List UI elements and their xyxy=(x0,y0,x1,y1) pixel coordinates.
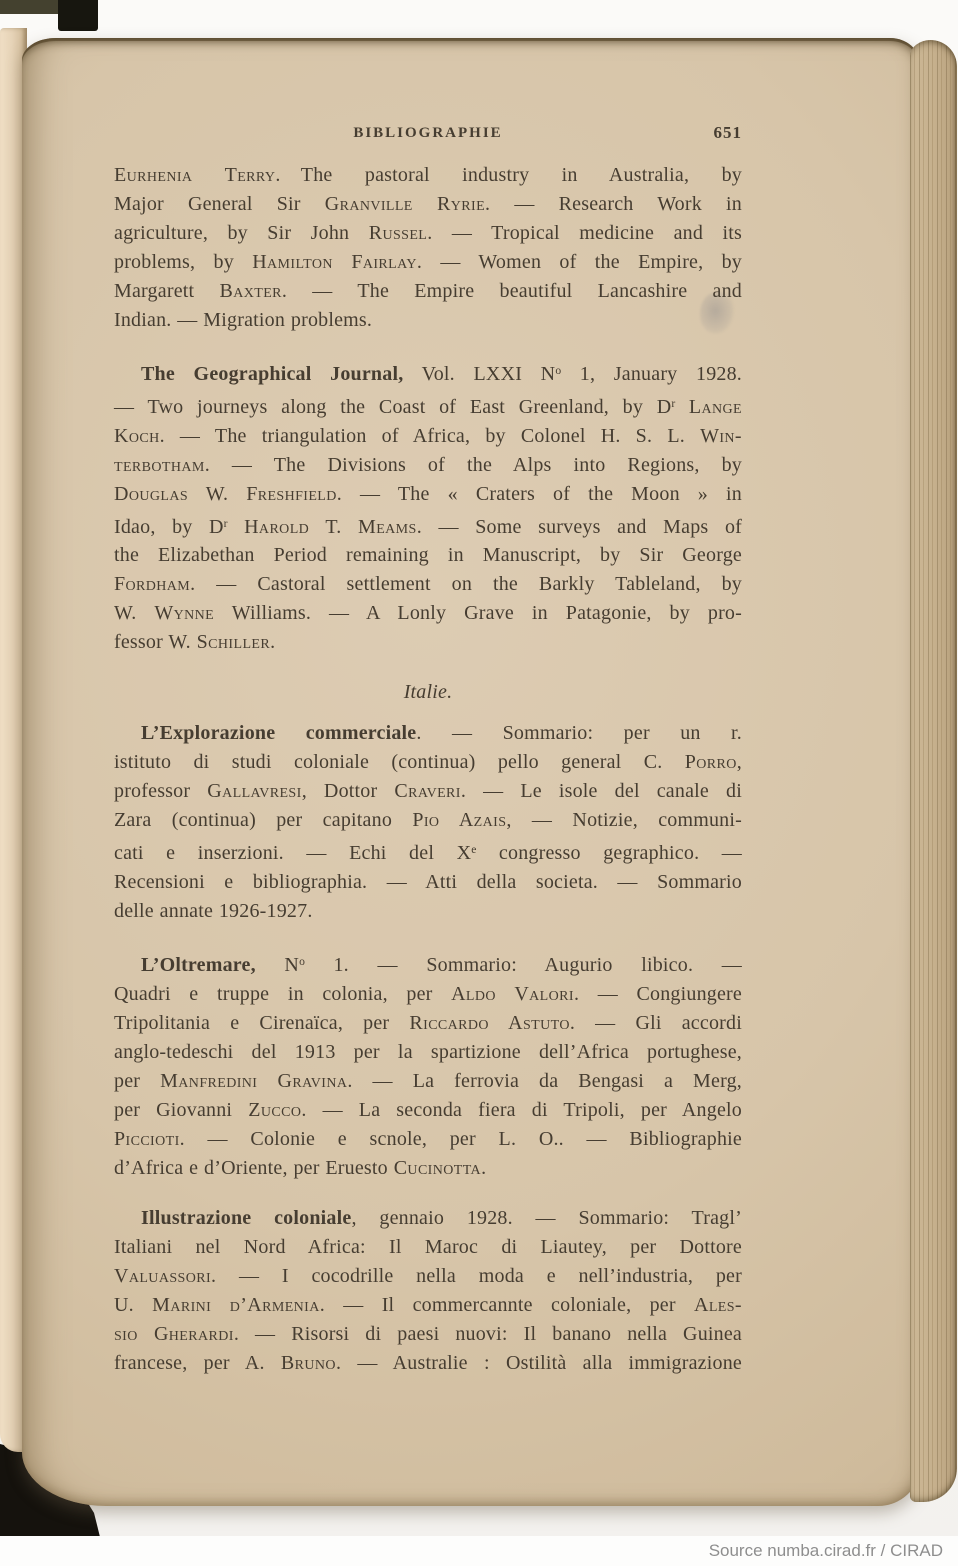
small-caps-text: Wynne xyxy=(154,602,214,624)
text-line: Eurhenia Terry. The pastoral industry in… xyxy=(114,161,742,190)
small-caps-text: Riccardo Astuto xyxy=(409,1012,569,1034)
text-line: Zara (continua) per capitano Pio Azais, … xyxy=(114,806,742,835)
text: cati e inserzioni. — Echi del X xyxy=(114,842,471,864)
small-caps-text: Schiller xyxy=(197,631,270,653)
text: istituto di studi coloniale (continua) p… xyxy=(114,751,685,773)
text-line: anglo-tedeschi del 1913 per la spartizio… xyxy=(114,1038,742,1067)
text: . — Research Work in xyxy=(485,193,742,215)
text-line: W. Wynne Williams. — A Lonly Grave in Pa… xyxy=(114,599,742,628)
small-caps-text: Koch xyxy=(114,425,160,447)
text: . xyxy=(481,1157,486,1179)
text-line: Illustrazione coloniale, gennaio 1928. —… xyxy=(114,1204,742,1233)
small-caps-text: Piccioti xyxy=(114,1128,180,1150)
text: francese, per A. xyxy=(114,1352,281,1374)
text: 1, January 1928. xyxy=(561,363,742,385)
text: , — Notizie, communi- xyxy=(506,809,742,831)
text: professor xyxy=(114,780,207,802)
small-caps-text: Win- xyxy=(700,425,742,447)
scanned-book-page: BIBLIOGRAPHIE 651 Eurhenia Terry. The pa… xyxy=(0,0,958,1566)
text-line: Fordham. — Castoral settlement on the Ba… xyxy=(114,570,742,599)
bold-text: L’Explorazione commerciale xyxy=(141,722,416,744)
text-line: The Geographical Journal, Vol. LXXI No 1… xyxy=(114,356,742,389)
text-line: cati e inserzioni. — Echi del Xe congres… xyxy=(114,835,742,868)
text: W. xyxy=(114,602,154,624)
binding-fragment xyxy=(58,0,98,31)
small-caps-text: Douglas xyxy=(114,483,188,505)
section-heading: Italie. xyxy=(114,678,742,707)
small-caps-text: sio Gherardi xyxy=(114,1323,234,1345)
text: — Two journeys along the Coast of East G… xyxy=(114,396,671,418)
text: Margarett xyxy=(114,280,220,302)
text: . — I cocodrille nella moda e nell’indus… xyxy=(211,1265,742,1287)
text: congresso gegraphico. — xyxy=(476,842,742,864)
text-line: per Giovanni Zucco. — La seconda fiera d… xyxy=(114,1096,742,1125)
paragraph: L’Explorazione commerciale. — Sommario: … xyxy=(114,719,742,926)
small-caps-text: Hamilton Fairlay xyxy=(252,251,417,273)
small-caps-text: Ales- xyxy=(694,1294,742,1316)
small-caps-text: Fordham xyxy=(114,573,190,595)
text: Vol. LXXI N xyxy=(403,363,555,385)
text: 1. — Sommario: Augurio libico. — xyxy=(305,954,742,976)
small-caps-text: Freshfield xyxy=(246,483,337,505)
text: d’Africa e d’Oriente, per Eruesto xyxy=(114,1157,394,1179)
text: Recensioni e bibliographia. — Atti della… xyxy=(114,871,742,893)
text-line: Idao, by Dr Harold T. Meams. — Some surv… xyxy=(114,509,742,542)
text: . — The triangulation of Africa, by Colo… xyxy=(160,425,700,447)
text-line: the Elizabethan Period remaining in Manu… xyxy=(114,541,742,570)
page-header: BIBLIOGRAPHIE 651 xyxy=(114,120,742,146)
text: . — Some surveys and Maps of xyxy=(417,515,742,537)
text xyxy=(228,515,245,537)
text: . — La seconda fiera di Tripoli, per Ang… xyxy=(301,1099,742,1121)
text: . — Colonie e scnole, per L. O.. — Bibli… xyxy=(180,1128,742,1150)
text: . — Gli accordi xyxy=(570,1012,742,1034)
text: Italiani nel Nord Africa: Il Maroc di Li… xyxy=(114,1236,742,1258)
text-line: professor Gallavresi, Dottor Craveri. — … xyxy=(114,777,742,806)
text-line: per Manfredini Gravina. — La ferrovia da… xyxy=(114,1067,742,1096)
text: . — The Divisions of the Alps into Regio… xyxy=(205,454,742,476)
text-line: istituto di studi coloniale (continua) p… xyxy=(114,748,742,777)
source-credit-text: Source numba.cirad.fr / CIRAD xyxy=(0,1536,958,1565)
page-body: Eurhenia Terry. The pastoral industry in… xyxy=(114,161,742,1378)
text: anglo-tedeschi del 1913 per la spartizio… xyxy=(114,1041,742,1063)
text: . The pastoral industry in Australia, by xyxy=(275,164,742,186)
text-line: francese, per A. Bruno. — Australie : Os… xyxy=(114,1349,742,1378)
text: . — Tropical medicine and its xyxy=(427,222,742,244)
text: the Elizabethan Period remaining in Manu… xyxy=(114,544,742,566)
small-caps-text: Granville Ryrie xyxy=(325,193,485,215)
paragraph: The Geographical Journal, Vol. LXXI No 1… xyxy=(114,356,742,657)
text: Quadri e truppe in colonia, per xyxy=(114,983,451,1005)
text: . — Le isole del canale di xyxy=(461,780,742,802)
text-line: — Two journeys along the Coast of East G… xyxy=(114,389,742,422)
text-line: Quadri e truppe in colonia, per Aldo Val… xyxy=(114,980,742,1009)
text: Major General Sir xyxy=(114,193,325,215)
small-caps-text: Lange xyxy=(689,396,742,418)
small-caps-text: Pio Azais xyxy=(412,809,506,831)
text xyxy=(675,396,689,418)
text-line: L’Explorazione commerciale. — Sommario: … xyxy=(114,719,742,748)
small-caps-text: Russel xyxy=(369,222,428,244)
book-fore-edge xyxy=(910,40,957,1502)
text: T. xyxy=(309,515,358,537)
small-caps-text: Porro xyxy=(685,751,737,773)
text: W. xyxy=(188,483,246,505)
text: per Giovanni xyxy=(114,1099,248,1121)
text: , gennaio 1928. — Sommario: Tragl’ xyxy=(351,1207,742,1229)
text: , Dottor xyxy=(302,780,395,802)
text-line: problems, by Hamilton Fairlay. — Women o… xyxy=(114,248,742,277)
small-caps-text: Marini d’Armenia xyxy=(152,1294,320,1316)
paragraph: Illustrazione coloniale, gennaio 1928. —… xyxy=(114,1204,742,1378)
small-caps-text: terbotham xyxy=(114,454,205,476)
text-line: Major General Sir Granville Ryrie. — Res… xyxy=(114,190,742,219)
text: U. xyxy=(114,1294,152,1316)
text: N xyxy=(256,954,299,976)
bold-text: L’Oltremare, xyxy=(141,954,256,976)
text-line: fessor W. Schiller. xyxy=(114,628,742,657)
text-line: sio Gherardi. — Risorsi di paesi nuovi: … xyxy=(114,1320,742,1349)
superscript-text: r xyxy=(224,517,228,530)
text: Idao, by D xyxy=(114,515,224,537)
text: delle annate 1926-1927. xyxy=(114,900,313,922)
paragraph: L’Oltremare, No 1. — Sommario: Augurio l… xyxy=(114,947,742,1183)
page-text-column: BIBLIOGRAPHIE 651 Eurhenia Terry. The pa… xyxy=(114,120,742,1399)
text-line: d’Africa e d’Oriente, per Eruesto Cucino… xyxy=(114,1154,742,1183)
text-line: Italiani nel Nord Africa: Il Maroc di Li… xyxy=(114,1233,742,1262)
text: problems, by xyxy=(114,251,252,273)
text: . — Castoral settlement on the Barkly Ta… xyxy=(190,573,742,595)
text-line: Recensioni e bibliographia. — Atti della… xyxy=(114,868,742,897)
small-caps-text: Baxter xyxy=(220,280,282,302)
text-line: L’Oltremare, No 1. — Sommario: Augurio l… xyxy=(114,947,742,980)
text: . — La ferrovia da Bengasi a Merg, xyxy=(347,1070,742,1092)
text: . — Australie : Ostilità alla immigrazio… xyxy=(336,1352,742,1374)
small-caps-text: Valuassori xyxy=(114,1265,211,1287)
small-caps-text: Eurhenia Terry xyxy=(114,164,275,186)
text-line: Koch. — The triangulation of Africa, by … xyxy=(114,422,742,451)
text: fessor W. xyxy=(114,631,197,653)
text-line: delle annate 1926-1927. xyxy=(114,897,742,926)
text-line: Tripolitania e Cirenaïca, per Riccardo A… xyxy=(114,1009,742,1038)
text: . — The « Craters of the Moon » in xyxy=(337,483,742,505)
text: agriculture, by Sir John xyxy=(114,222,369,244)
text: Williams. — A Lonly Grave in Patagonie, … xyxy=(214,602,742,624)
small-caps-text: Cucinotta xyxy=(394,1157,481,1179)
text: . — The Empire beautiful Lancashire and xyxy=(282,280,742,302)
small-caps-text: Zucco xyxy=(248,1099,301,1121)
text-line: Margarett Baxter. — The Empire beautiful… xyxy=(114,277,742,306)
text-line: Douglas W. Freshfield. — The « Craters o… xyxy=(114,480,742,509)
text-line: Indian. — Migration problems. xyxy=(114,306,742,335)
small-caps-text: Craveri xyxy=(394,780,460,802)
text-line: Valuassori. — I cocodrille nella moda e … xyxy=(114,1262,742,1291)
small-caps-text: Gallavresi xyxy=(207,780,301,802)
text-line: U. Marini d’Armenia. — Il commercannte c… xyxy=(114,1291,742,1320)
running-title: BIBLIOGRAPHIE xyxy=(114,120,742,146)
small-caps-text: Aldo Valori xyxy=(451,983,574,1005)
text-line: terbotham. — The Divisions of the Alps i… xyxy=(114,451,742,480)
small-caps-text: Harold xyxy=(244,515,309,537)
small-caps-text: Bruno xyxy=(281,1352,336,1374)
paragraph: Eurhenia Terry. The pastoral industry in… xyxy=(114,161,742,335)
text: . — Congiungere xyxy=(574,983,742,1005)
small-caps-text: Meams xyxy=(358,515,417,537)
text-line: Piccioti. — Colonie e scnole, per L. O..… xyxy=(114,1125,742,1154)
bold-text: The Geographical Journal, xyxy=(141,363,403,385)
text: Zara (continua) per capitano xyxy=(114,809,412,831)
text: . — Risorsi di paesi nuovi: Il banano ne… xyxy=(234,1323,742,1345)
text: Tripolitania e Cirenaïca, per xyxy=(114,1012,409,1034)
source-credit-bar: Source numba.cirad.fr / CIRAD xyxy=(0,1536,958,1566)
bold-text: Illustrazione coloniale xyxy=(141,1207,351,1229)
text: . — Il commercannte coloniale, per xyxy=(320,1294,694,1316)
text-line: agriculture, by Sir John Russel. — Tropi… xyxy=(114,219,742,248)
text: . — Sommario: per un r. xyxy=(416,722,742,744)
text: . xyxy=(270,631,275,653)
text: per xyxy=(114,1070,160,1092)
text: , xyxy=(737,751,742,773)
text: . — Women of the Empire, by xyxy=(417,251,742,273)
page-number: 651 xyxy=(714,120,743,146)
small-caps-text: Manfredini Gravina xyxy=(160,1070,347,1092)
text: Indian. — Migration problems. xyxy=(114,309,372,331)
